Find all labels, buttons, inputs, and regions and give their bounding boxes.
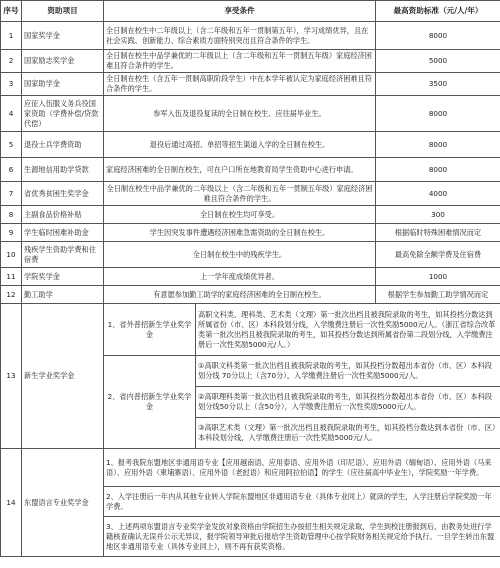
row-name: 生源地信用助学贷款: [22, 158, 104, 182]
row-num: 5: [1, 132, 22, 158]
row-num: 7: [1, 182, 22, 206]
row-amount: 5000: [376, 50, 500, 73]
row-name: 学院奖学金: [22, 268, 104, 286]
row-name: 应征入伍服义务兵役国家资助（学费补偿/贷款代偿）: [22, 96, 104, 132]
header-name: 资助项目: [22, 1, 104, 22]
table-row: 10 残疾学生资助学费和住宿费 全日制在校生中的残疾学生。 最高免除全额学费及住…: [1, 242, 500, 268]
table-header-row: 序号 资助项目 享受条件 最高资助标准（元/人/年）: [1, 1, 500, 22]
subitem-label: 2、省内普招新生学业奖学金: [104, 356, 196, 449]
row-cond: 有意愿参加勤工助学的家庭经济困难的全日制在校生。: [104, 286, 376, 304]
table-row: 5 退役士兵学费资助 退役后通过高招、单招等招生渠道入学的全日制在校生。 800…: [1, 132, 500, 158]
row-num: 8: [1, 206, 22, 224]
row-amount: 8000: [376, 22, 500, 50]
row-amount: 1000: [376, 268, 500, 286]
table-row: 3 国家助学金 全日制在校生（含五年一贯制高职阶段学生）中在本学年被认定为家庭经…: [1, 73, 500, 96]
table-row: 12 勤工助学 有意愿参加勤工助学的家庭经济困难的全日制在校生。 根据学生参加勤…: [1, 286, 500, 304]
row-cond: 全日制在校生中品学兼优的二年级以上（含二年级和五年一贯制五年级）家庭经济困难且符…: [104, 182, 376, 206]
row-cond: 全日制在校生中品学兼优的二年级以上（含二年级和五年一贯制五年级）家庭经济困难且符…: [104, 50, 376, 73]
table-row: 9 学生临时困难补助金 学生因突发事件遭遇经济困难急需资助的全日制在校生。 根据…: [1, 224, 500, 242]
scholarship-table-sheet: 序号 资助项目 享受条件 最高资助标准（元/人/年） 1 国家奖学金 全日制在校…: [0, 0, 500, 568]
table-row-14a: 14 东盟语言专业奖学金 1、报考我院东盟地区非通用语专业【应用越南语、应用泰语…: [1, 449, 500, 487]
row-name: 残疾学生资助学费和住宿费: [22, 242, 104, 268]
row-name: 国家奖学金: [22, 22, 104, 50]
row-num: 11: [1, 268, 22, 286]
row-amount: 8000: [376, 158, 500, 182]
header-amount: 最高资助标准（元/人/年）: [376, 1, 500, 22]
table-row: 1 国家奖学金 全日制在校生中二年级以上（含二年级和五年一贯制第五年），学习成绩…: [1, 22, 500, 50]
row-name: 国家励志奖学金: [22, 50, 104, 73]
row-cond: 全日制在校生（含五年一贯制高职阶段学生）中在本学年被认定为家庭经济困难且符合条件…: [104, 73, 376, 96]
row-amount: 根据学生参加勤工助学情况而定: [376, 286, 500, 304]
row-cond: 上一学年度成绩优异者。: [104, 268, 376, 286]
row-amount: 8000: [376, 132, 500, 158]
row-name: 退役士兵学费资助: [22, 132, 104, 158]
row-amount: 8000: [376, 96, 500, 132]
subitem-label: 1、省外普招新生学业奖学金: [104, 304, 196, 356]
row-num: 6: [1, 158, 22, 182]
row-cond: 全日制在校生中二年级以上（含二年级和五年一贯制第五年），学习成绩优异，且在社会实…: [104, 22, 376, 50]
header-num: 序号: [1, 1, 22, 22]
table-row: 8 主副食品价格补贴 全日制在校生均可享受。 300: [1, 206, 500, 224]
subitem-text: ①高职文科类第一批次出档且被我院录取的考生，如其投档分数超出本省份（市、区）本科…: [196, 356, 500, 387]
row-name: 省优秀贫困生奖学金: [22, 182, 104, 206]
scholarship-table: 序号 资助项目 享受条件 最高资助标准（元/人/年） 1 国家奖学金 全日制在校…: [0, 0, 500, 557]
row-amount: 4000: [376, 182, 500, 206]
table-row: 6 生源地信用助学贷款 家庭经济困难的全日制在校生，可在户口所在地教育局学生资助…: [1, 158, 500, 182]
row-cond: 家庭经济困难的全日制在校生，可在户口所在地教育局学生资助中心进行申请。: [104, 158, 376, 182]
subitem-text: 2、入学注册后一年内从其他专业转入学院东盟地区非通用语专业（具体专业同上）就读的…: [104, 487, 500, 517]
table-row: 7 省优秀贫困生奖学金 全日制在校生中品学兼优的二年级以上（含二年级和五年一贯制…: [1, 182, 500, 206]
row-num: 14: [1, 449, 22, 557]
row-num: 13: [1, 304, 22, 449]
table-row: 4 应征入伍服义务兵役国家资助（学费补偿/贷款代偿） 参军入伍及退役复读的全日制…: [1, 96, 500, 132]
subitem-text: 1、报考我院东盟地区非通用语专业【应用越南语、应用泰语、应用外语（印尼语）、应用…: [104, 449, 500, 487]
row-cond: 退役后通过高招、单招等招生渠道入学的全日制在校生。: [104, 132, 376, 158]
row-cond: 参军入伍及退役复读的全日制在校生、应往届毕业生。: [104, 96, 376, 132]
row-amount: 300: [376, 206, 500, 224]
row-name: 学生临时困难补助金: [22, 224, 104, 242]
row-num: 10: [1, 242, 22, 268]
row-num: 12: [1, 286, 22, 304]
subitem-text: ②高职理科类第一批次出档且被我院录取的考生，如其投档分数超出本省份（市、区）本科…: [196, 387, 500, 418]
row-num: 4: [1, 96, 22, 132]
row-num: 2: [1, 50, 22, 73]
table-row: 2 国家励志奖学金 全日制在校生中品学兼优的二年级以上（含二年级和五年一贯制五年…: [1, 50, 500, 73]
subitem-text: ③高职艺术类（文理）第一批次出档且被我院录取的考生，如其投档分数达到本省份（市、…: [196, 418, 500, 449]
row-amount: 根据临时特殊困难情况而定: [376, 224, 500, 242]
row-cond: 全日制在校生均可享受。: [104, 206, 376, 224]
table-row-13a: 13 新生学业奖学金 1、省外普招新生学业奖学金 高职文科类、理科类、艺术类（文…: [1, 304, 500, 356]
row-num: 3: [1, 73, 22, 96]
row-name: 主副食品价格补贴: [22, 206, 104, 224]
subitem-text: 高职文科类、理科类、艺术类（文理）第一批次出档且被我院录取的考生，如其投档分数达…: [196, 304, 500, 356]
row-amount: 3500: [376, 73, 500, 96]
row-amount: 最高免除全额学费及住宿费: [376, 242, 500, 268]
subitem-text: 3、上述两项东盟语言专业奖学金发放对象资格由学院招生办按招生相关规定录取，学生到…: [104, 517, 500, 557]
row-cond: 全日制在校生中的残疾学生。: [104, 242, 376, 268]
row-name: 东盟语言专业奖学金: [22, 449, 104, 557]
row-name: 勤工助学: [22, 286, 104, 304]
row-num: 1: [1, 22, 22, 50]
row-num: 9: [1, 224, 22, 242]
row-name: 国家助学金: [22, 73, 104, 96]
table-row: 11 学院奖学金 上一学年度成绩优异者。 1000: [1, 268, 500, 286]
row-name: 新生学业奖学金: [22, 304, 104, 449]
row-cond: 学生因突发事件遭遇经济困难急需资助的全日制在校生。: [104, 224, 376, 242]
header-cond: 享受条件: [104, 1, 376, 22]
